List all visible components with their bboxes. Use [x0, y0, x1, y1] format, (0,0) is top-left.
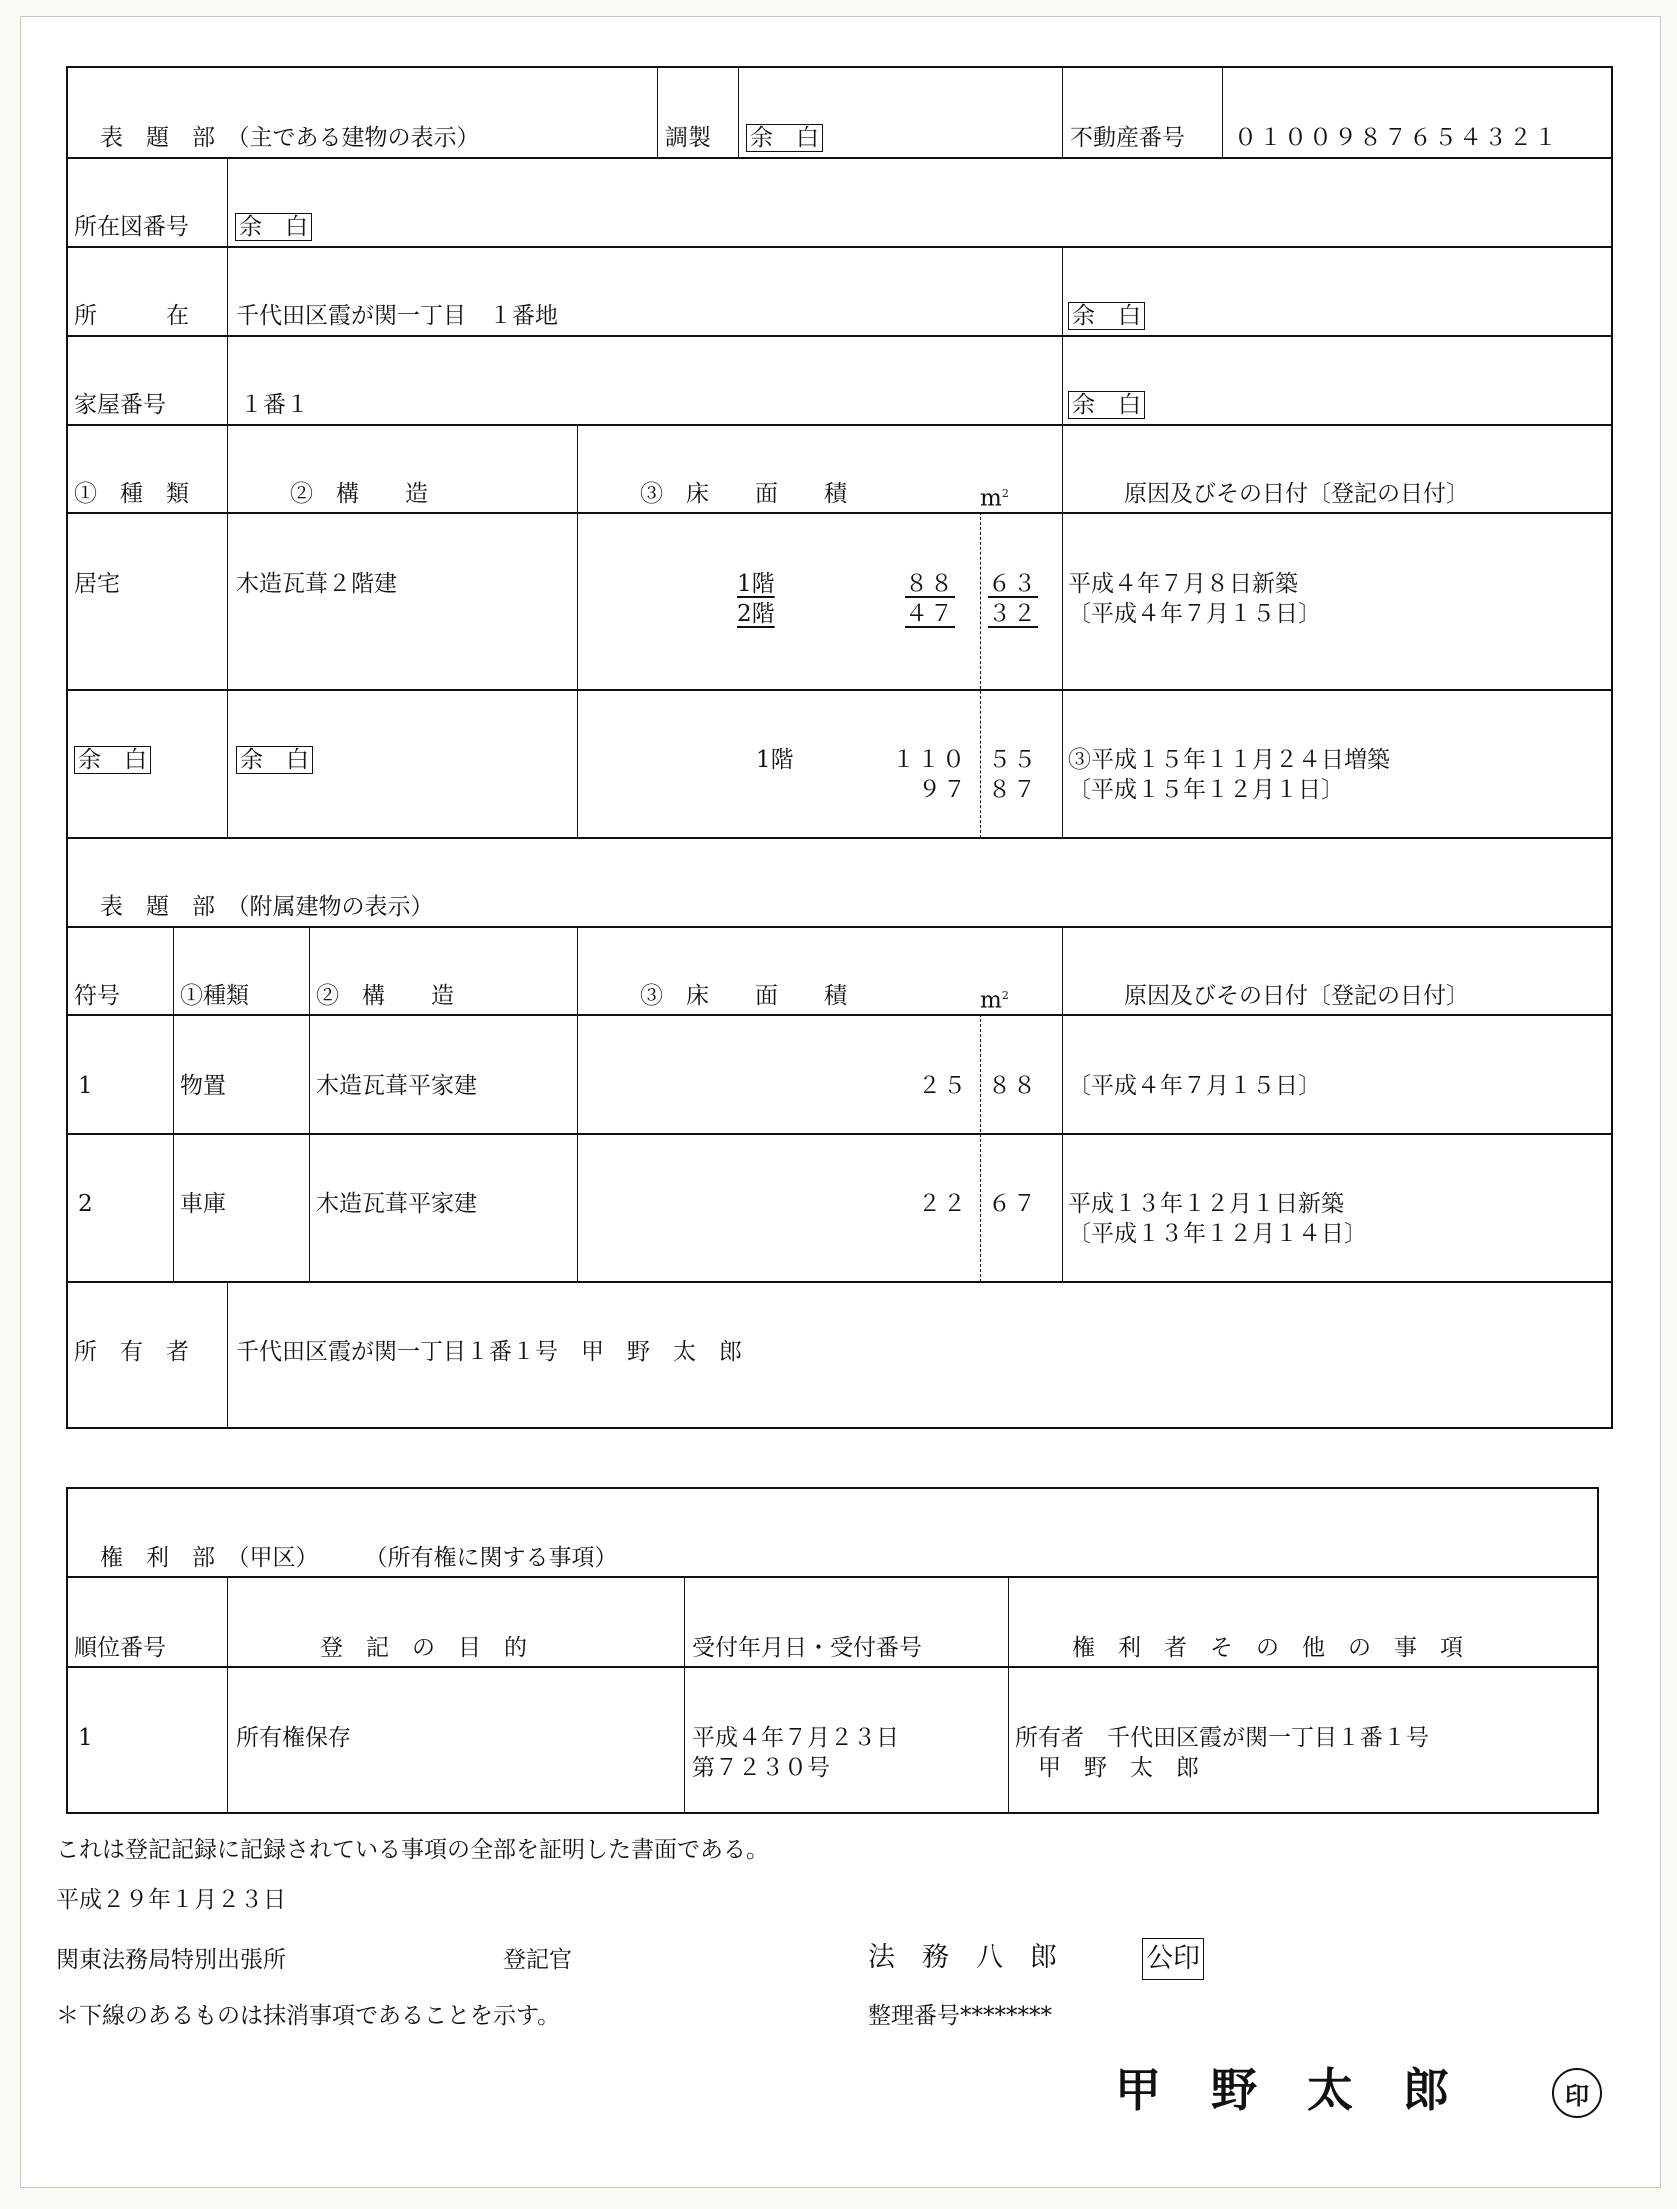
- location-note: 余 白: [1068, 302, 1145, 330]
- house-number-value: １番１: [240, 391, 309, 419]
- floor-label: 1階: [756, 746, 794, 774]
- floor-area-integer: ４７: [905, 600, 955, 628]
- prepared-label: 調製: [665, 124, 711, 152]
- row-structure: 余 白: [236, 746, 313, 774]
- property-number: ０１００９８７６５４３２１: [1234, 124, 1559, 152]
- col-structure: ② 構 造: [316, 982, 454, 1010]
- row-symbol: 2: [78, 1190, 93, 1218]
- office-name: 関東法務局特別出張所: [56, 1946, 286, 1974]
- property-number-label: 不動産番号: [1070, 124, 1185, 152]
- cause-line: 平成１３年１２月１日新築: [1068, 1190, 1344, 1218]
- row-kind: 居宅: [74, 570, 120, 598]
- reference-number: 整理番号********: [868, 2002, 1052, 2030]
- floor-label: 1階: [737, 570, 775, 598]
- floor-area-decimal: ８８: [988, 1072, 1038, 1100]
- row-structure: 木造瓦葺平家建: [316, 1072, 477, 1100]
- cause-line: 平成４年７月８日新築: [1068, 570, 1298, 598]
- floor-area-decimal: ８７: [988, 776, 1038, 804]
- col-rank: 順位番号: [74, 1634, 166, 1662]
- map-number-value: 余 白: [235, 213, 312, 241]
- col-symbol: 符号: [74, 982, 120, 1010]
- official-seal: 公印: [1142, 1938, 1204, 1980]
- section-title: 表 題 部 （附属建物の表示）: [100, 893, 434, 921]
- row-structure: 木造瓦葺２階建: [236, 570, 397, 598]
- seal-icon: 印: [1552, 2068, 1602, 2118]
- registrar-title: 登記官: [503, 1946, 572, 1974]
- col-kind: ① 種 類: [74, 480, 189, 508]
- col-floor-area: ③ 床 面 積: [640, 480, 847, 508]
- floor-area-decimal: ３２: [988, 600, 1038, 628]
- owner-label: 所 有 者: [74, 1338, 189, 1366]
- floor-area-decimal: ６３: [988, 570, 1038, 598]
- floor-area-integer: ２２: [918, 1190, 968, 1218]
- row-purpose: 所有権保存: [236, 1724, 351, 1752]
- floor-area-decimal: ６７: [988, 1190, 1038, 1218]
- owner-value: 千代田区霞が関一丁目１番１号 甲 野 太 郎: [236, 1338, 742, 1366]
- house-number-label: 家屋番号: [74, 391, 166, 419]
- registration-date-line: 〔平成４年７月１５日〕: [1068, 1072, 1321, 1100]
- receipt-number: 第７２３０号: [692, 1754, 830, 1782]
- floor-label: 2階: [737, 600, 775, 628]
- registration-date-line: 〔平成４年７月１５日〕: [1068, 600, 1321, 628]
- col-purpose: 登 記 の 目 的: [320, 1634, 527, 1662]
- col-structure: ② 構 造: [290, 480, 428, 508]
- house-number-note: 余 白: [1068, 391, 1145, 419]
- floor-area-integer: ８８: [905, 570, 955, 598]
- floor-area-integer: １１０: [892, 746, 967, 774]
- location-label: 所 在: [74, 302, 189, 330]
- row-kind: 車庫: [180, 1190, 226, 1218]
- col-unit: m2: [980, 480, 1009, 513]
- registration-date-line: 〔平成１５年１２月１日〕: [1068, 776, 1344, 804]
- section-title: 権 利 部 （甲区） （所有権に関する事項）: [100, 1544, 618, 1572]
- floor-area-integer: ９７: [918, 776, 968, 804]
- col-cause: 原因及びその日付〔登記の日付〕: [1124, 480, 1469, 508]
- certification-text: これは登記記録に記録されている事項の全部を証明した書面である。: [56, 1836, 769, 1864]
- map-number-label: 所在図番号: [74, 213, 189, 241]
- holder-address: 所有者 千代田区霞が関一丁目１番１号: [1015, 1724, 1429, 1752]
- row-rank: 1: [78, 1724, 93, 1752]
- cause-line: ③平成１５年１１月２４日増築: [1068, 746, 1390, 774]
- col-receipt: 受付年月日・受付番号: [692, 1634, 922, 1662]
- col-holder: 権 利 者 そ の 他 の 事 項: [1072, 1634, 1463, 1662]
- row-symbol: 1: [78, 1072, 93, 1100]
- floor-area-decimal: ５５: [988, 746, 1038, 774]
- row-kind: 物置: [180, 1072, 226, 1100]
- signature: 甲 野 太 郎: [1115, 2062, 1451, 2118]
- col-kind: ①種類: [180, 982, 249, 1010]
- floor-area-integer: ２５: [918, 1072, 968, 1100]
- col-floor-area: ③ 床 面 積: [640, 982, 847, 1010]
- col-cause: 原因及びその日付〔登記の日付〕: [1124, 982, 1469, 1010]
- receipt-date: 平成４年７月２３日: [692, 1724, 899, 1752]
- prepared-value: 余 白: [746, 124, 823, 152]
- strike-note: ＊下線のあるものは抹消事項であることを示す。: [56, 2002, 560, 2030]
- col-unit: m2: [980, 982, 1009, 1015]
- registrar-name: 法 務 八 郎: [868, 1944, 1057, 1972]
- row-kind: 余 白: [74, 746, 151, 774]
- issue-date: 平成２９年１月２３日: [56, 1886, 286, 1914]
- holder-name: 甲 野 太 郎: [1015, 1754, 1199, 1782]
- section-title: 表 題 部 （主である建物の表示）: [100, 124, 480, 152]
- registration-date-line: 〔平成１３年１２月１４日〕: [1068, 1220, 1367, 1248]
- row-structure: 木造瓦葺平家建: [316, 1190, 477, 1218]
- location-value: 千代田区霞が関一丁目 １番地: [236, 302, 558, 330]
